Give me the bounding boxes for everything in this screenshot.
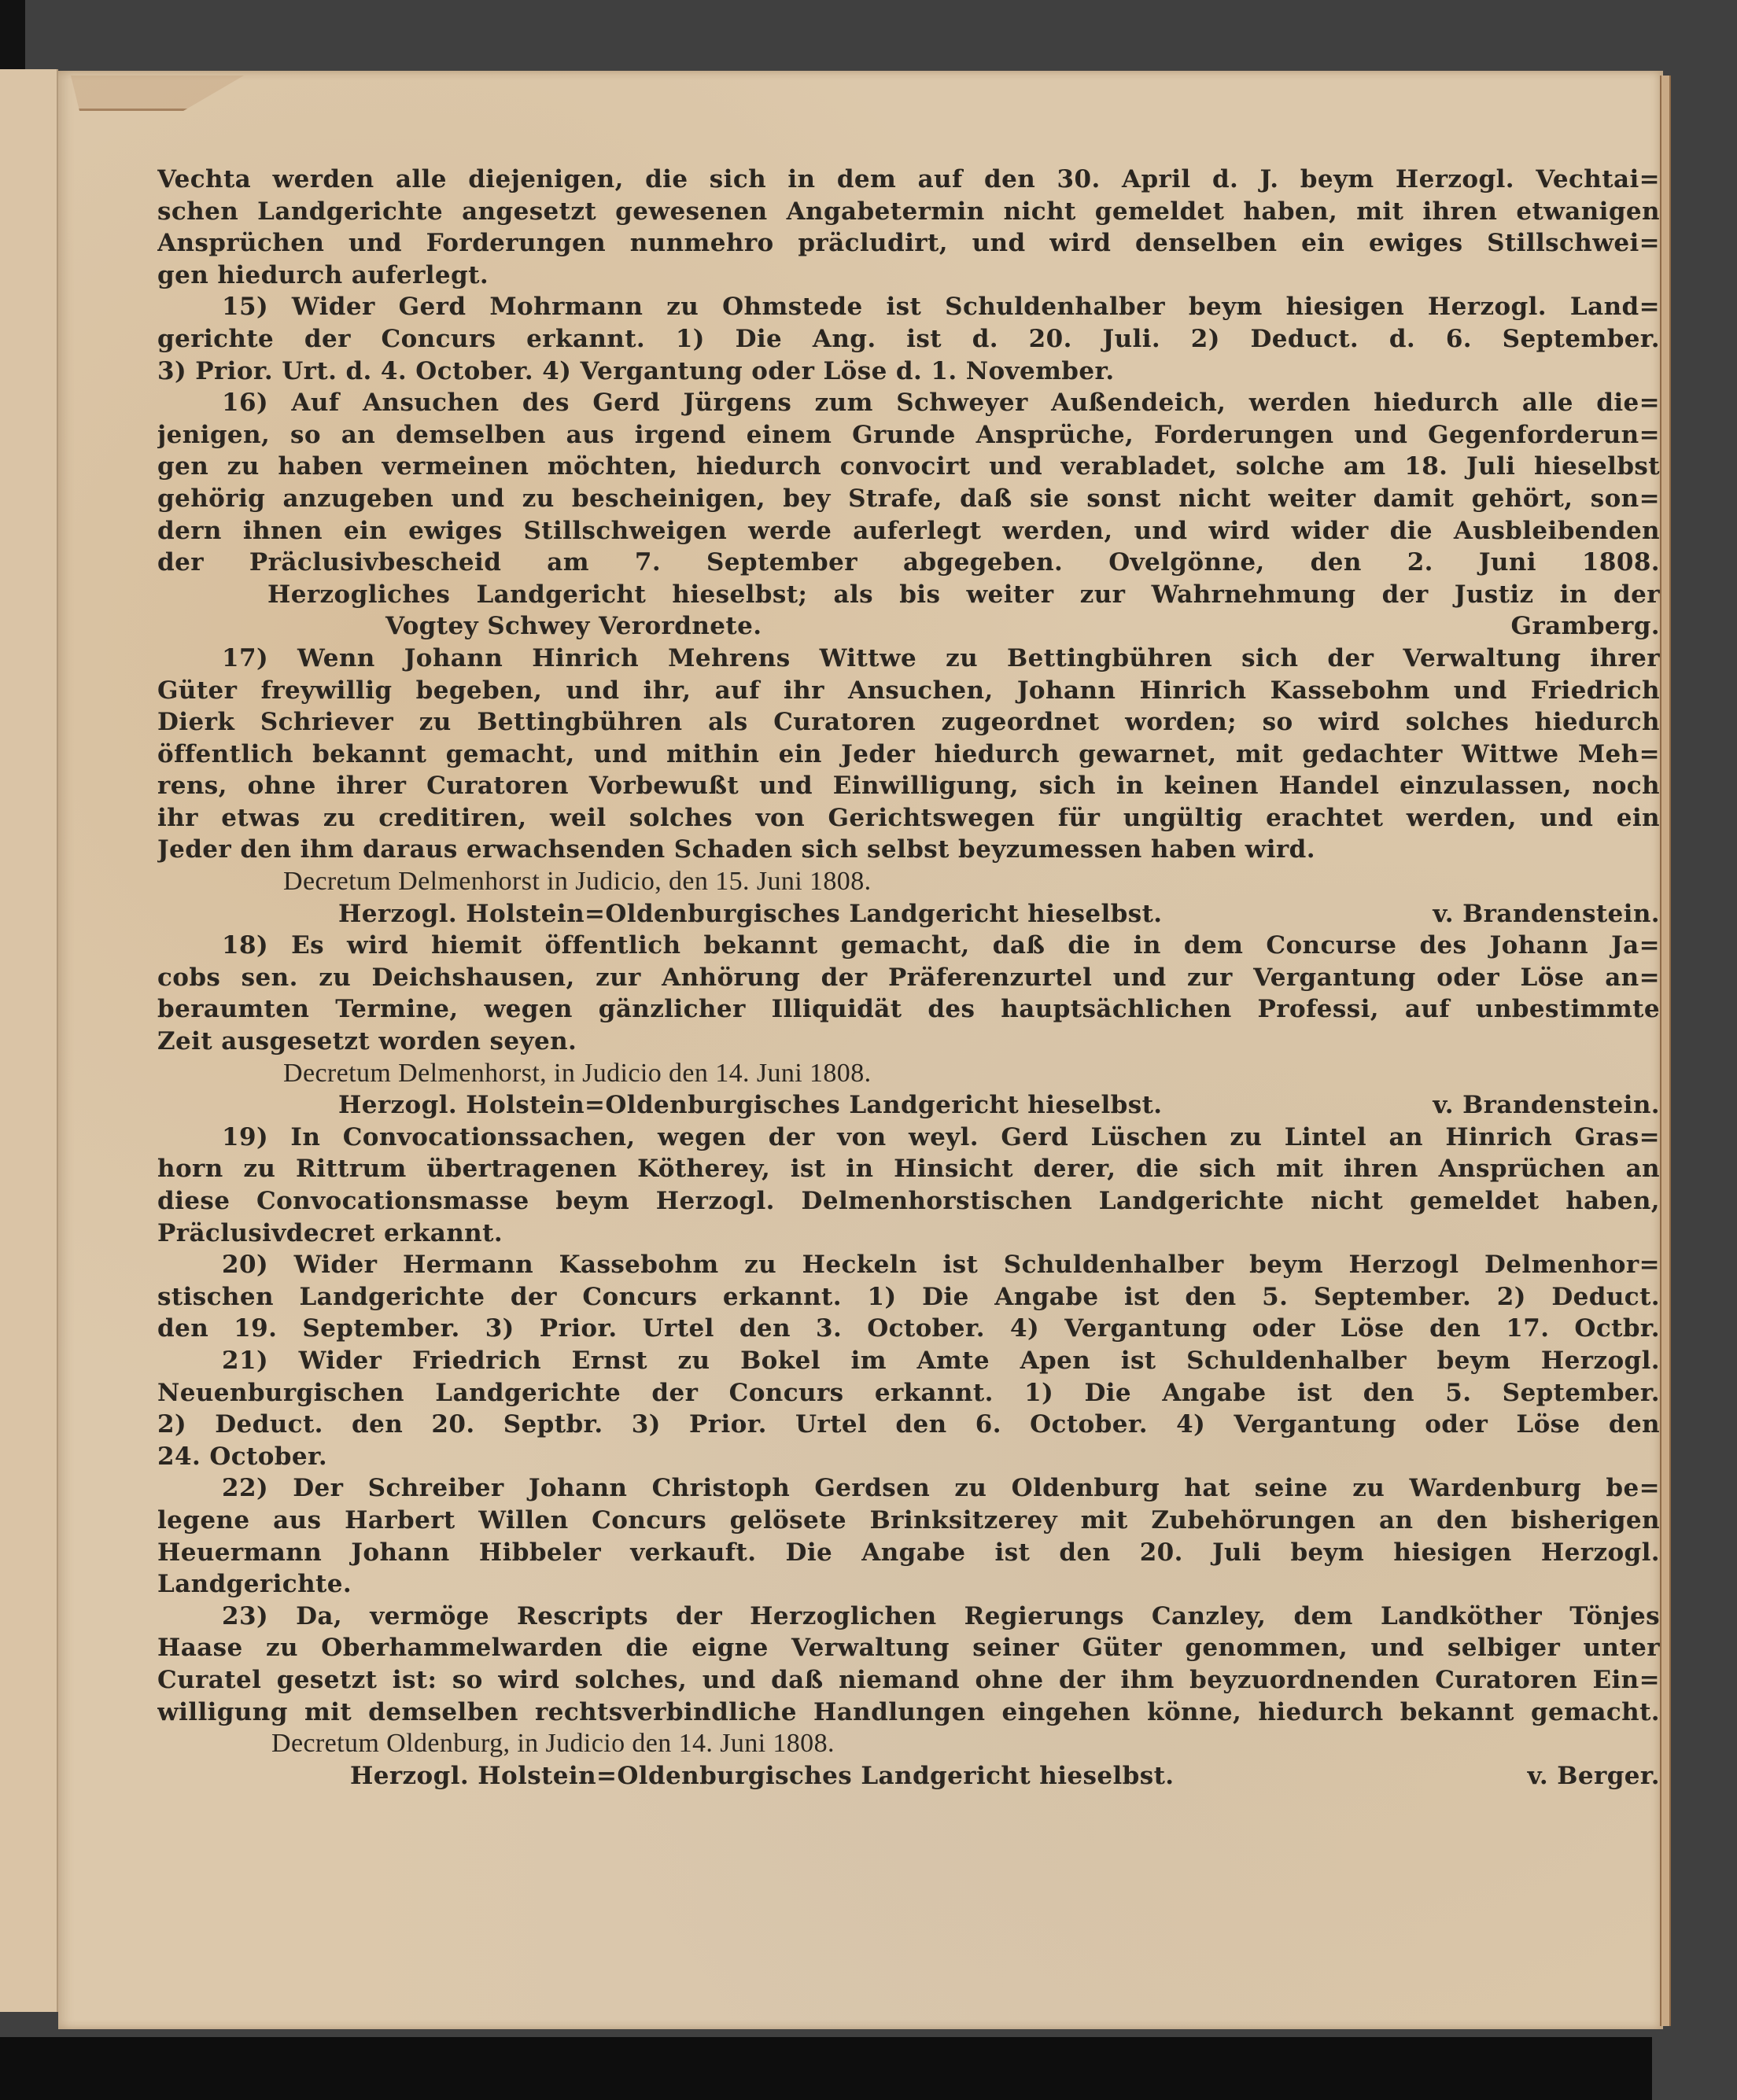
text-line: Dierk Schriever zu Bettingbühren als Cur… [157,706,1660,739]
notice-16: 16) Auf Ansuchen des Gerd Jürgens zum Sc… [157,387,1660,643]
text-line: der Präclusivbescheid am 7. September ab… [157,547,1660,579]
signature-name: v. Brandenstein. [1433,1089,1660,1122]
text-line: 19) In Convocationssachen, wegen der von… [157,1122,1660,1154]
scanner-shadow-bottom [0,2037,1652,2100]
signature-line: Herzogl. Holstein=Oldenburgisches Landge… [157,1089,1660,1122]
text-line: 2) Deduct. den 20. Septbr. 3) Prior. Urt… [157,1409,1660,1441]
decree-line: Decretum Delmenhorst, in Judicio den 14.… [157,1058,1660,1090]
signature-name: v. Brandenstein. [1433,898,1660,930]
text-line: gerichte der Concurs erkannt. 1) Die Ang… [157,323,1660,356]
text-line: jenigen, so an demselben aus irgend eine… [157,419,1660,451]
page-text: Vechta werden alle diejenigen, die sich … [157,164,1660,1792]
signature-name: v. Berger. [1528,1760,1660,1792]
notice-21: 21) Wider Friedrich Ernst zu Bokel im Am… [157,1345,1660,1472]
text-line: 15) Wider Gerd Mohrmann zu Ohmstede ist … [157,291,1660,323]
decree-line: Decretum Delmenhorst in Judicio, den 15.… [157,866,1660,898]
text-line: Güter freywillig begeben, und ihr, auf i… [157,675,1660,707]
text-line: stischen Landgerichte der Concurs erkann… [157,1281,1660,1313]
text-line: gehörig anzugeben und zu bescheinigen, b… [157,483,1660,515]
facing-page-edge [0,69,58,2012]
text-line: diese Convocationsmasse beym Herzogl. De… [157,1185,1660,1218]
text-line: cobs sen. zu Deichshausen, zur Anhörung … [157,962,1660,994]
text-line: Jeder den ihm daraus erwachsenden Schade… [157,834,1660,866]
text-line: schen Landgerichte angesetzt gewesenen A… [157,196,1660,228]
text-line: Haase zu Oberhammelwarden die eigne Verw… [157,1632,1660,1664]
signature-court: Herzogl. Holstein=Oldenburgisches Landge… [338,1089,1163,1122]
text-line: ihr etwas zu creditiren, weil solches vo… [157,802,1660,834]
text-line: Landgerichte. [157,1568,1660,1601]
scanner-shadow-top-left [0,0,25,75]
decree-line: Decretum Oldenburg, in Judicio den 14. J… [157,1728,1660,1760]
text-line: rens, ohne ihrer Curatoren Vorbewußt und… [157,770,1660,802]
signature-court: Herzogl. Holstein=Oldenburgisches Landge… [350,1760,1175,1792]
text-line: 21) Wider Friedrich Ernst zu Bokel im Am… [157,1345,1660,1377]
signature-name: Gramberg. [1511,610,1661,643]
text-line: legene aus Harbert Willen Concurs gelöse… [157,1505,1660,1537]
notice-20: 20) Wider Hermann Kassebohm zu Heckeln i… [157,1249,1660,1345]
text-line: gen zu haben vermeinen möchten, hiedurch… [157,451,1660,483]
notice-18: 18) Es wird hiemit öffentlich bekannt ge… [157,930,1660,1122]
text-line: beraumten Termine, wegen gänzlicher Illi… [157,993,1660,1026]
text-line: Ansprüchen und Forderungen nunmehro präc… [157,227,1660,260]
signature-line: Herzogl. Holstein=Oldenburgisches Landge… [157,898,1660,930]
text-line: 20) Wider Hermann Kassebohm zu Heckeln i… [157,1249,1660,1281]
signature-office: Vogtey Schwey Verordnete. [385,610,762,643]
text-line: Vechta werden alle diejenigen, die sich … [157,164,1660,196]
text-line: willigung mit demselben rechtsverbindlic… [157,1697,1660,1729]
text-line: 23) Da, vermöge Rescripts der Herzoglich… [157,1601,1660,1633]
signature-court: Herzogl. Holstein=Oldenburgisches Landge… [338,898,1163,930]
text-line: den 19. September. 3) Prior. Urtel den 3… [157,1313,1660,1345]
text-line: Curatel gesetzt ist: so wird solches, un… [157,1664,1660,1697]
text-line: öffentlich bekannt gemacht, und mithin e… [157,739,1660,771]
notice-14-continuation: Vechta werden alle diejenigen, die sich … [157,164,1660,291]
text-line: 3) Prior. Urt. d. 4. October. 4) Vergant… [157,356,1660,388]
text-line: horn zu Rittrum übertragenen Kötherey, i… [157,1153,1660,1185]
notice-15: 15) Wider Gerd Mohrmann zu Ohmstede ist … [157,291,1660,387]
text-line: Präclusivdecret erkannt. [157,1218,1660,1250]
text-line: Neuenburgischen Landgerichte der Concurs… [157,1377,1660,1409]
text-line: dern ihnen ein ewiges Stillschweigen wer… [157,515,1660,547]
text-line: Zeit ausgesetzt worden seyen. [157,1026,1660,1058]
text-line: gen hiedurch auferlegt. [157,260,1660,292]
notice-22: 22) Der Schreiber Johann Christoph Gerds… [157,1472,1660,1600]
text-line: 16) Auf Ansuchen des Gerd Jürgens zum Sc… [157,387,1660,419]
text-line: Heuermann Johann Hibbeler verkauft. Die … [157,1537,1660,1569]
signature-line: Vogtey Schwey Verordnete. Gramberg. [157,610,1660,643]
text-line: 18) Es wird hiemit öffentlich bekannt ge… [157,930,1660,962]
text-line: 22) Der Schreiber Johann Christoph Gerds… [157,1472,1660,1505]
notice-17: 17) Wenn Johann Hinrich Mehrens Wittwe z… [157,643,1660,930]
notice-23: 23) Da, vermöge Rescripts der Herzoglich… [157,1601,1660,1792]
text-line: 17) Wenn Johann Hinrich Mehrens Wittwe z… [157,643,1660,675]
signature-authority: Herzogliches Landgericht hieselbst; als … [157,579,1660,611]
signature-line: Herzogl. Holstein=Oldenburgisches Landge… [157,1760,1660,1792]
notice-19: 19) In Convocationssachen, wegen der von… [157,1122,1660,1249]
page-stack-edge [1660,76,1671,2026]
text-line: 24. October. [157,1441,1660,1473]
